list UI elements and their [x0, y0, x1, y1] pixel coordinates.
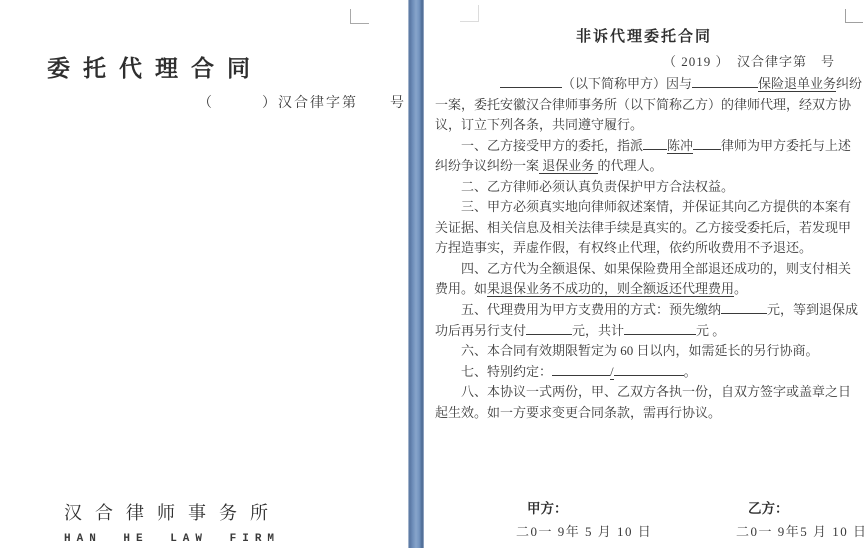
contract-line: 七、特别约定：/。: [435, 362, 863, 383]
text-segment: 三、甲方必须真实地向律师叙述案情，并保证其向乙方提供的本案有: [435, 199, 851, 214]
contract-line: 方捏造事实，弄虚作假，有权终止代理，依约所收费用不予退还。: [435, 238, 863, 259]
text-segment: 议，订立下列各条，共同遵守履行。: [435, 117, 643, 132]
text-segment: 纠纷: [836, 76, 862, 91]
blank-underline: [692, 74, 758, 88]
contract-line: 六、本合同有效期限暂定为 60 日以内，如需延长的另行协商。: [435, 341, 863, 362]
text-segment: 元，共计: [572, 323, 624, 338]
text-segment: 五、代理费用为甲方支费用的方式：预先缴纳: [435, 302, 721, 317]
party-a-label: 甲方：: [527, 497, 568, 517]
blank-underline: [693, 136, 721, 150]
text-segment: 陈冲: [667, 138, 693, 154]
blank-underline: [643, 136, 667, 150]
text-boundary-mark: [845, 9, 863, 23]
contract-case-number: （ 2019 ） 汉合律字第 号: [435, 51, 835, 70]
law-firm-name-cn: 汉合律师事务所: [64, 499, 281, 525]
text-segment: 六、本合同有效期限暂定为 60 日以内，如需延长的另行协商。: [435, 343, 819, 358]
blank-underline: [552, 362, 610, 376]
contract-line: 四、乙方代为全额退保、如果保险费用全部退还成功的，则支付相关: [435, 259, 863, 280]
text-segment: 七、特别约定：: [435, 364, 552, 379]
party-b-date: 二0一 9年5 月 10 日: [736, 521, 864, 540]
text-segment: 元，等到退保成: [767, 302, 858, 317]
contract-line: 三、甲方必须真实地向律师叙述案情，并保证其向乙方提供的本案有: [435, 197, 863, 218]
contract-line: （以下简称甲方）因与保险退单业务纠纷: [435, 74, 863, 95]
cover-case-number: （ ）汉合律字第 号: [198, 92, 406, 112]
contract-line: 一案，委托安徽汉合律师事务所（以下简称乙方）的律师代理，经双方协: [435, 95, 863, 116]
text-segment: 八、本协议一式两份，甲、乙双方各执一份，自双方签字或盖章之日: [435, 384, 851, 399]
cover-title: 委托代理合同: [47, 50, 263, 83]
text-segment: 纠纷争议纠纷一案: [435, 158, 539, 173]
text-segment: 退保业务: [539, 158, 598, 174]
text-segment: 一、乙方接受甲方的委托，指派: [435, 138, 643, 153]
page-split-scrollbar[interactable]: [408, 0, 424, 548]
text-segment: 四、乙方代为全额退保、如果保险费用全部退还成功的，则支付相关: [435, 261, 851, 276]
contract-line: 五、代理费用为甲方支费用的方式：预先缴纳元，等到退保成: [435, 300, 863, 321]
text-segment: 一案，委托安徽汉合律师事务所（以下简称乙方）的律师代理，经双方协: [435, 97, 851, 112]
text-segment: （以下简称甲方）因与: [562, 76, 692, 91]
text-segment: 起生效。如一方要求变更合同条款，需再行协议。: [435, 405, 721, 420]
page-right-contract: 非诉代理委托合同 （ 2019 ） 汉合律字第 号 （以下简称甲方）因与保险退单…: [424, 0, 864, 548]
blank-underline: [624, 321, 696, 335]
contract-title: 非诉代理委托合同: [435, 25, 853, 46]
text-segment: 二、乙方律师必须认真负责保护甲方合法权益。: [435, 179, 734, 194]
contract-line: 一、乙方接受甲方的委托，指派陈冲律师为甲方委托与上述: [435, 136, 863, 157]
text-boundary-mark: [460, 5, 479, 22]
text-boundary-mark: [350, 9, 369, 24]
text-segment: 费用。如: [435, 281, 487, 296]
blank-underline: [500, 74, 562, 88]
contract-line: 功后再另行支付元，共计元 。: [435, 321, 863, 342]
contract-line: 起生效。如一方要求变更合同条款，需再行协议。: [435, 403, 863, 424]
text-segment: 律师为甲方委托与上述: [721, 138, 851, 153]
party-b-label: 乙方：: [748, 497, 789, 517]
text-segment: 。: [684, 364, 697, 379]
blank-underline: [614, 362, 684, 376]
document-viewer: 委托代理合同 （ ）汉合律字第 号 汉合律师事务所 HAN HE LAW FIR…: [0, 0, 864, 548]
page-left-cover: 委托代理合同 （ ）汉合律字第 号 汉合律师事务所 HAN HE LAW FIR…: [0, 0, 408, 548]
text-segment: [435, 76, 500, 91]
contract-line: 费用。如果退保业务不成功的，则全额返还代理费用。: [435, 279, 863, 300]
contract-body: （以下简称甲方）因与保险退单业务纠纷一案，委托安徽汉合律师事务所（以下简称乙方）…: [435, 74, 863, 423]
contract-line: 关证据、相关信息及相关法律手续是真实的。乙方接受委托后，若发现甲: [435, 218, 863, 239]
text-segment: 功后再另行支付: [435, 323, 526, 338]
law-firm-name-en: HAN HE LAW FIRM: [64, 533, 280, 545]
blank-underline: [721, 300, 767, 314]
contract-line: 议，订立下列各条，共同遵守履行。: [435, 115, 863, 136]
contract-line: 八、本协议一式两份，甲、乙双方各执一份，自双方签字或盖章之日: [435, 382, 863, 403]
text-segment: 果退保业务不成功的，则全额返还代理费用: [487, 281, 734, 297]
text-segment: 。: [734, 281, 747, 296]
text-segment: 的代理人。: [598, 158, 663, 173]
contract-line: 二、乙方律师必须认真负责保护甲方合法权益。: [435, 177, 863, 198]
party-a-date: 二0一 9年 5 月 10 日: [516, 521, 652, 540]
blank-underline: [526, 321, 572, 335]
text-segment: 方捏造事实，弄虚作假，有权终止代理，依约所收费用不予退还。: [435, 240, 812, 255]
text-segment: 关证据、相关信息及相关法律手续是真实的。乙方接受委托后，若发现甲: [435, 220, 851, 235]
text-segment: 保险退单业务: [758, 76, 836, 92]
text-segment: 元 。: [696, 323, 725, 338]
contract-line: 纠纷争议纠纷一案 退保业务 的代理人。: [435, 156, 863, 177]
